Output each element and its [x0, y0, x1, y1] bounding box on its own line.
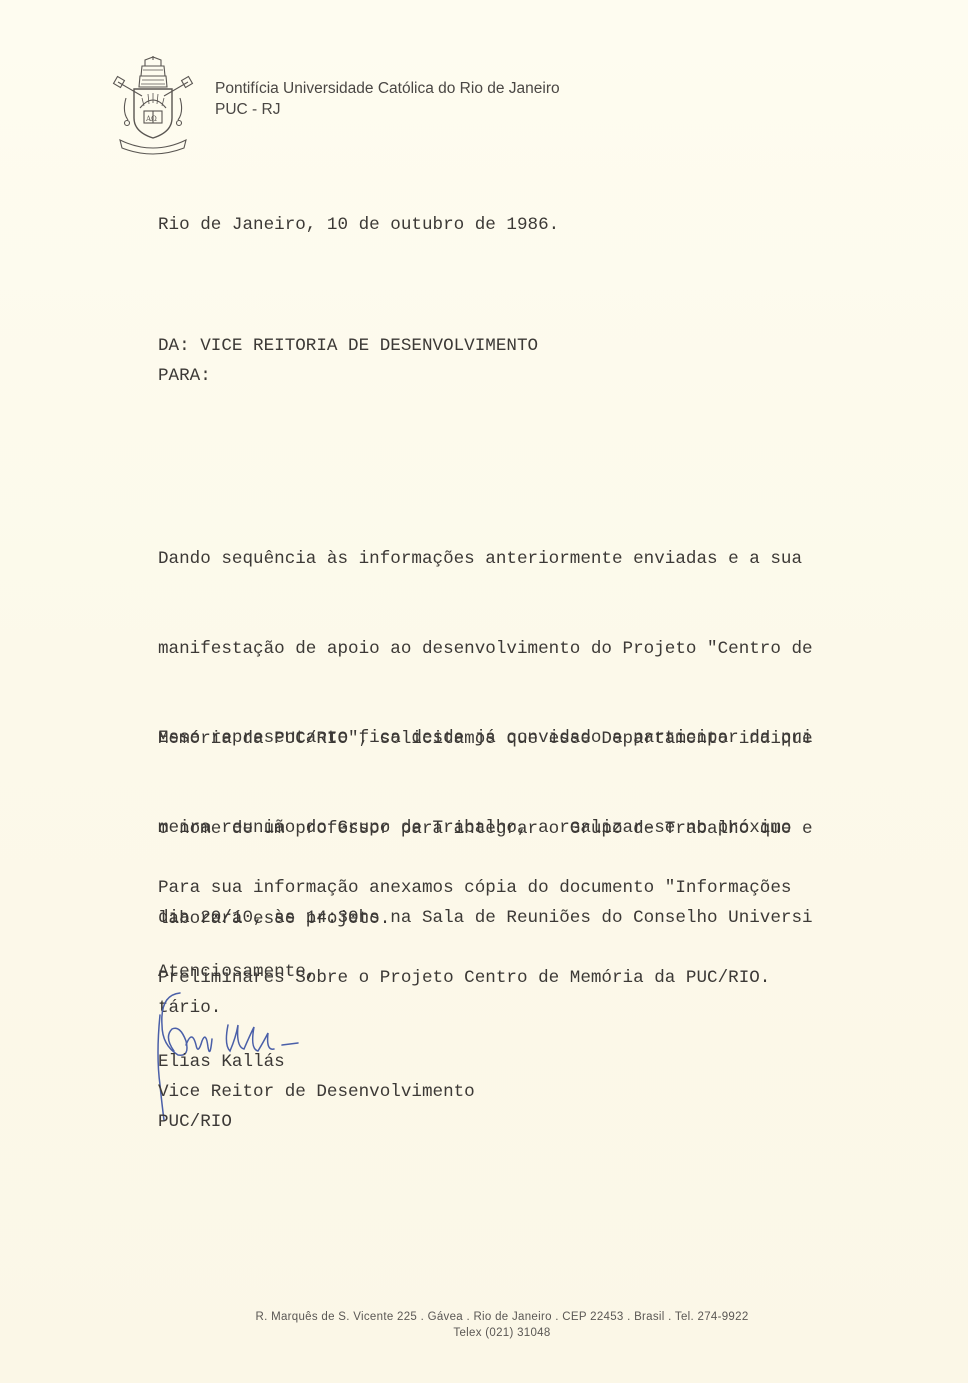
institution-name: Pontifícia Universidade Católica do Rio … [215, 78, 560, 99]
footer-telex: Telex (021) 31048 [18, 1327, 968, 1339]
signatory-title: Vice Reitor de Desenvolvimento [158, 1082, 475, 1102]
closing: Atenciosamente, [158, 962, 316, 982]
paragraph-line: manifestação de apoio ao desenvolvimento… [158, 634, 813, 664]
paragraph-line: Esse representante fica desde já convida… [158, 723, 813, 753]
signatory-name: Elias Kallás [158, 1052, 285, 1072]
letterhead: Pontifícia Universidade Católica do Rio … [215, 78, 560, 120]
signatory-organization: PUC/RIO [158, 1112, 232, 1132]
letter-page: AΩ Pontifícia Universidade Católica do R… [0, 0, 968, 1383]
to-line: PARA: [158, 366, 211, 386]
paragraph-line: Dando sequência às informações anteriorm… [158, 544, 813, 574]
university-crest-icon: AΩ [112, 56, 194, 158]
from-line: DA: VICE REITORIA DE DESENVOLVIMENTO [158, 336, 538, 356]
svg-text:AΩ: AΩ [145, 115, 157, 123]
institution-abbreviation: PUC - RJ [215, 99, 560, 120]
footer-address: R. Marquês de S. Vicente 225 . Gávea . R… [18, 1311, 968, 1323]
letter-date: Rio de Janeiro, 10 de outubro de 1986. [158, 215, 559, 235]
paragraph-line: Para sua informação anexamos cópia do do… [158, 873, 791, 903]
